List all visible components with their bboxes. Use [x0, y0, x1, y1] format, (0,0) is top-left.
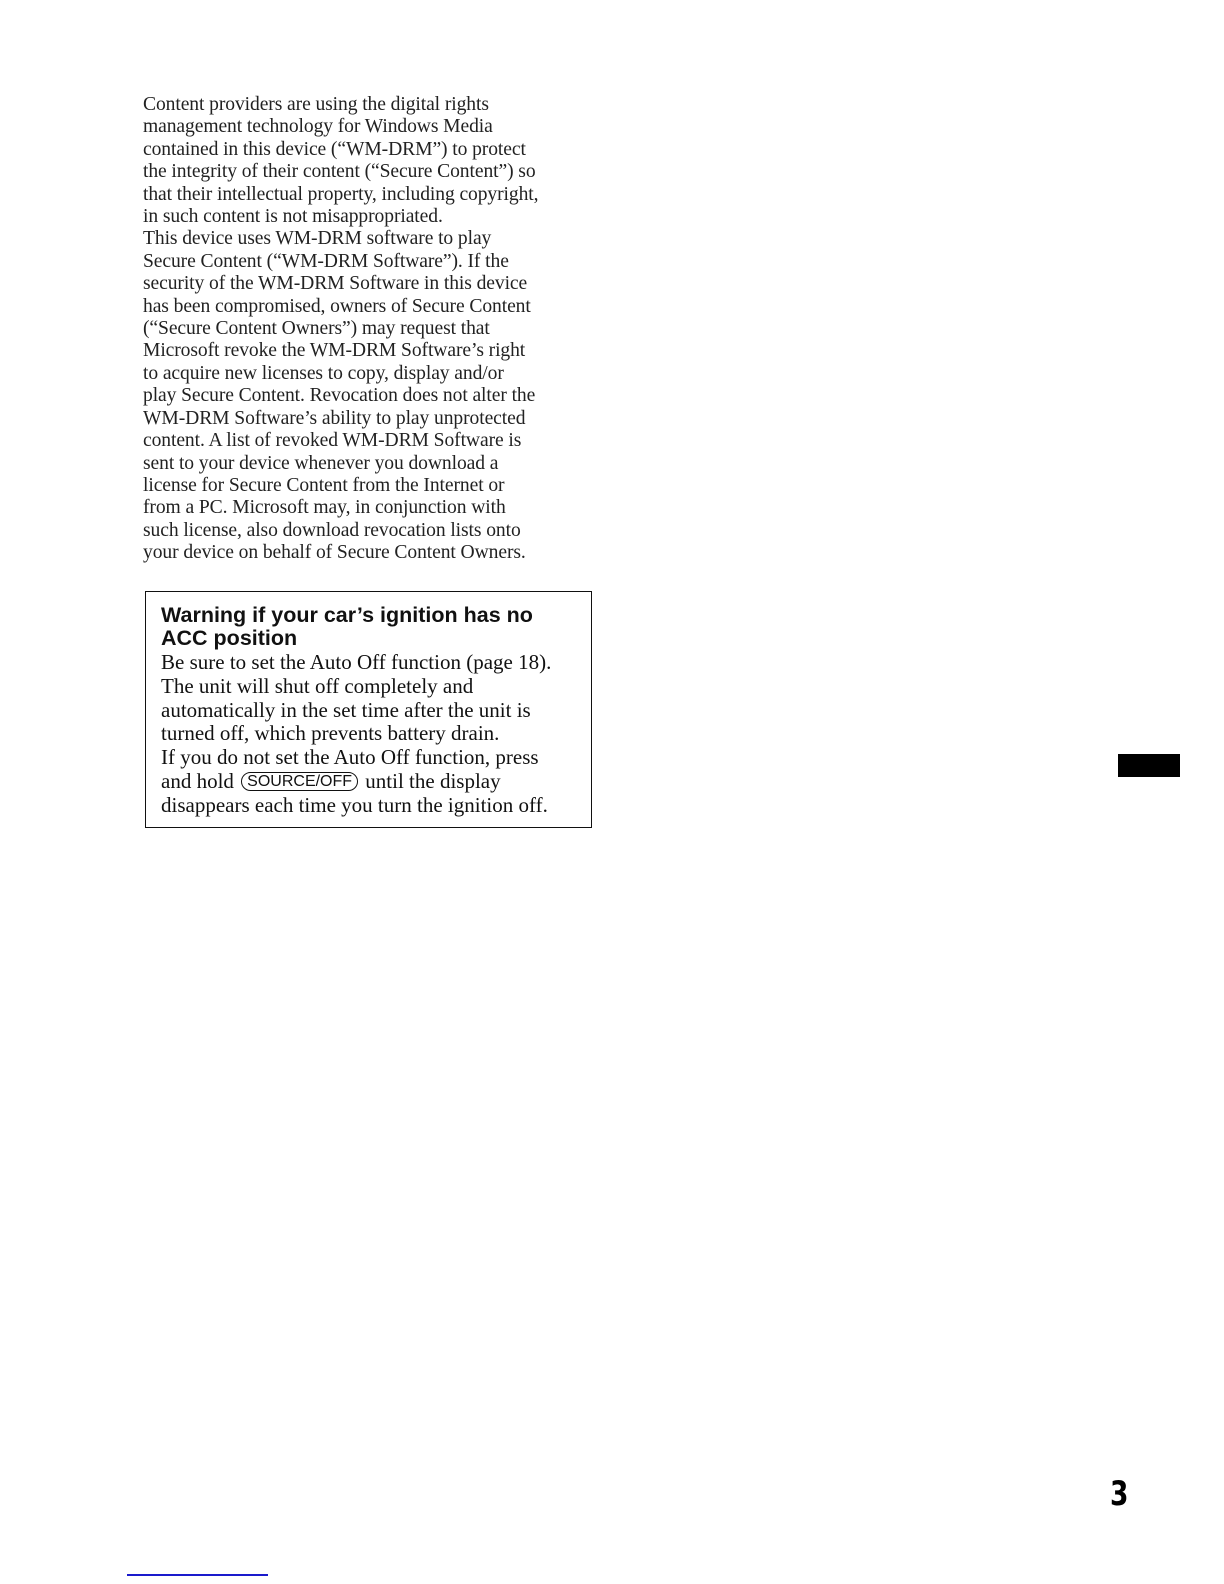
text-line: that their intellectual property, includ… [143, 184, 603, 206]
warning-title-line: ACC position [161, 627, 591, 650]
text-line: such license, also download revocation l… [143, 520, 603, 542]
warning-body-line: automatically in the set time after the … [161, 699, 591, 723]
text-line: This device uses WM-DRM software to play [143, 228, 603, 250]
key-line-suffix: until the display [365, 769, 500, 793]
text-line: the integrity of their content (“Secure … [143, 161, 603, 183]
text-line: play Secure Content. Revocation does not… [143, 385, 603, 407]
text-line: your device on behalf of Secure Content … [143, 542, 603, 564]
section-index-tab [1118, 754, 1180, 777]
warning-key-line: and hold SOURCE/OFF until the display [161, 770, 591, 794]
text-line: security of the WM-DRM Software in this … [143, 273, 603, 295]
warning-body-line: If you do not set the Auto Off function,… [161, 746, 591, 770]
text-line: content. A list of revoked WM-DRM Softwa… [143, 430, 603, 452]
source-off-key-label: SOURCE/OFF [241, 772, 358, 791]
key-line-prefix: and hold [161, 769, 234, 793]
text-line: Content providers are using the digital … [143, 94, 603, 116]
warning-body: Be sure to set the Auto Off function (pa… [161, 651, 591, 818]
text-line: (“Secure Content Owners”) may request th… [143, 318, 603, 340]
text-line: Secure Content (“WM-DRM Software”). If t… [143, 251, 603, 273]
text-line: to acquire new licenses to copy, display… [143, 363, 603, 385]
warning-body-line: Be sure to set the Auto Off function (pa… [161, 651, 591, 675]
footer-rule [127, 1574, 268, 1576]
warning-body-line: disappears each time you turn the igniti… [161, 794, 591, 818]
text-line: Microsoft revoke the WM-DRM Software’s r… [143, 340, 603, 362]
warning-title: Warning if your car’s ignition has no AC… [161, 604, 591, 650]
text-line: contained in this device (“WM-DRM”) to p… [143, 139, 603, 161]
text-line: management technology for Windows Media [143, 116, 603, 138]
page-number: 3 [1110, 1474, 1128, 1514]
text-line: in such content is not misappropriated. [143, 206, 603, 228]
warning-box: Warning if your car’s ignition has no AC… [145, 591, 592, 828]
warning-body-line: The unit will shut off completely and [161, 675, 591, 699]
warning-body-line: turned off, which prevents battery drain… [161, 722, 591, 746]
text-line: has been compromised, owners of Secure C… [143, 296, 603, 318]
text-line: from a PC. Microsoft may, in conjunction… [143, 497, 603, 519]
text-line: WM-DRM Software’s ability to play unprot… [143, 408, 603, 430]
drm-notice-paragraph: Content providers are using the digital … [143, 94, 603, 565]
text-line: license for Secure Content from the Inte… [143, 475, 603, 497]
text-line: sent to your device whenever you downloa… [143, 453, 603, 475]
warning-title-line: Warning if your car’s ignition has no [161, 604, 591, 627]
